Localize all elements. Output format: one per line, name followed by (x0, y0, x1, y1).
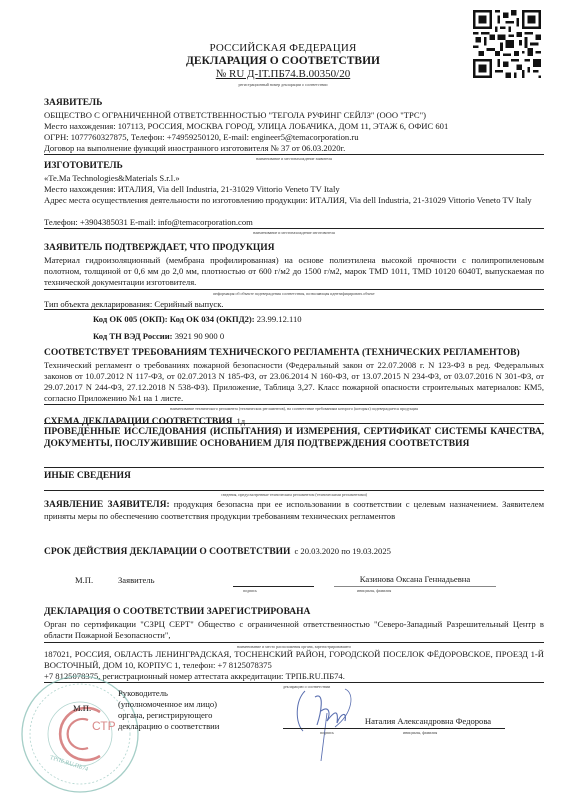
manufacturer-address: Место нахождения: ИТАЛИЯ, Via dell Indus… (44, 184, 340, 195)
manufacturer-production-address: Адрес места осуществления деятельности п… (44, 195, 544, 206)
product-description: Материал гидроизоляционный (мембрана про… (44, 255, 544, 288)
tnved-code: Код ТН ВЭД России: 3921 90 900 0 (93, 331, 224, 342)
product-heading: ЗАЯВИТЕЛЬ ПОДТВЕРЖДАЕТ, ЧТО ПРОДУКЦИЯ (44, 243, 274, 253)
other-heading: ИНЫЕ СВЕДЕНИЯ (44, 471, 131, 481)
divider (44, 154, 544, 155)
tnved-value: 3921 90 900 0 (175, 331, 224, 341)
svg-text:ТРПБ.RU.ПБ74: ТРПБ.RU.ПБ74 (49, 755, 89, 773)
manufacturer-contacts: Телефон: +3904385031 E-mail: info@temaco… (44, 217, 253, 228)
registration-heading: ДЕКЛАРАЦИЯ О СООТВЕТСТВИИ ЗАРЕГИСТРИРОВА… (44, 607, 310, 617)
signature-line (283, 728, 351, 729)
signature-icon (295, 683, 355, 763)
svg-text:СТР: СТР (92, 719, 116, 733)
applicant-name: ОБЩЕСТВО С ОГРАНИЧЕННОЙ ОТВЕТСТВЕННОСТЬЮ… (44, 110, 524, 121)
applicant-signer-name: Казинова Оксана Геннадьевна (334, 574, 496, 585)
country-title: РОССИЙСКАЯ ФЕДЕРАЦИЯ (0, 42, 566, 54)
applicant-heading: ЗАЯВИТЕЛЬ (44, 98, 102, 108)
document-title: ДЕКЛАРАЦИЯ О СООТВЕТСТВИИ (0, 55, 566, 67)
registrar-sign-caption: подпись (320, 730, 334, 735)
product-caption: информация об объекте подтверждения соот… (44, 291, 544, 296)
manufacturer-heading: ИЗГОТОВИТЕЛЬ (44, 161, 123, 171)
declaration-number-caption: регистрационный номер декларации о соотв… (0, 82, 566, 87)
declaration-number: № RU Д-IT.ПБ74.В.00350/20 (0, 68, 566, 80)
regulation-text: Технический регламент о требованиях пожа… (44, 360, 544, 404)
registrar-name-caption: инициалы, фамилия (403, 730, 437, 735)
signature-line (351, 728, 505, 729)
divider (44, 289, 544, 290)
divider (44, 309, 544, 310)
tnved-label: Код ТН ВЭД России: (93, 331, 173, 341)
registrar-signer-name: Наталия Александровна Федорова (351, 716, 505, 727)
registration-address: 187021, РОССИЯ, ОБЛАСТЬ ЛЕНИНГРАДСКАЯ, Т… (44, 649, 544, 671)
okp-code: Код ОК 005 (ОКП): Код ОК 034 (ОКПД2): 23… (93, 314, 302, 325)
okp-value: 23.99.12.110 (257, 314, 302, 324)
divider (44, 490, 544, 491)
statement-label: ЗАЯВЛЕНИЕ ЗАЯВИТЕЛЯ: (44, 500, 170, 510)
applicant-name-caption: инициалы, фамилия (357, 588, 391, 593)
registrar-seal-mark: М.П. (73, 703, 91, 714)
applicant-contacts: ОГРН: 1077760327875, Телефон: +749592501… (44, 132, 359, 143)
scheme-value: 1д (236, 416, 245, 426)
okp-label: Код ОК 005 (ОКП): Код ОК 034 (ОКПД2): (93, 314, 255, 324)
divider (44, 467, 544, 468)
other-caption: сведения, предусмотренные техническим ре… (44, 492, 544, 497)
regulation-heading: СООТВЕТСТВУЕТ ТРЕБОВАНИЯМ ТЕХНИЧЕСКОГО Р… (44, 348, 520, 358)
validity: СРОК ДЕЙСТВИЯ ДЕКЛАРАЦИИ О СООТВЕТСТВИИ … (44, 541, 391, 559)
applicant-role: Заявитель (118, 575, 155, 586)
applicant-statement: ЗАЯВЛЕНИЕ ЗАЯВИТЕЛЯ: продукция безопасна… (44, 499, 544, 522)
divider (44, 404, 544, 405)
signature-line (233, 586, 314, 587)
divider (44, 642, 544, 643)
validity-value: с 20.03.2020 по 19.03.2025 (294, 546, 391, 556)
applicant-address: Место нахождения: 107113, РОССИЯ, МОСКВА… (44, 121, 448, 132)
divider (44, 228, 544, 229)
registration-body: Орган по сертификации "СЗРЦ СЕРТ" Общест… (44, 619, 544, 641)
research-heading: ПРОВЕДЕННЫЕ ИССЛЕДОВАНИЯ (ИСПЫТАНИЯ) И И… (44, 426, 544, 450)
manufacturer-caption: наименование и местонахождение изготовит… (44, 230, 544, 235)
signature-line (334, 586, 496, 587)
applicant-sign-caption: подпись (243, 588, 257, 593)
applicant-seal-mark: М.П. (75, 575, 93, 586)
applicant-contract: Договор на выполнение функций иностранно… (44, 143, 345, 154)
manufacturer-name: «Te.Ma Technologies&Materials S.r.l.» (44, 173, 180, 184)
divider (44, 423, 544, 424)
registrar-role: Руководитель (уполномоченное им лицо) ор… (118, 688, 230, 732)
validity-label: СРОК ДЕЙСТВИЯ ДЕКЛАРАЦИИ О СООТВЕТСТВИИ (44, 547, 290, 557)
